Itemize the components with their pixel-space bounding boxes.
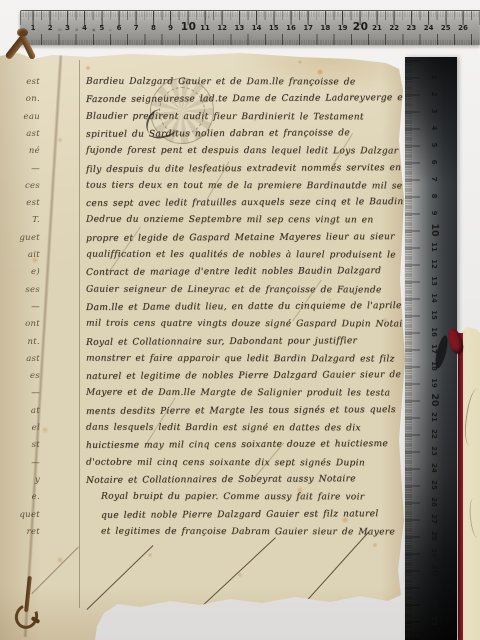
left-page-fragment: quet <box>19 507 40 524</box>
manuscript-line: huictiesme may mil cinq cens soixante do… <box>86 436 388 455</box>
twine-curl <box>11 601 42 633</box>
ruler-number: 13 <box>428 273 440 289</box>
ruler-number: 21 <box>428 409 440 425</box>
manuscript-line: spirituel du Sarditus nolien dabran et f… <box>86 125 350 144</box>
manuscript-line: Bardieu Dalzgard Gauier et de Dam.lle fr… <box>86 74 356 92</box>
manuscript-line: tous tiers deux en tout me de la premier… <box>86 177 403 195</box>
ruler-number: 10 <box>428 222 440 238</box>
left-page-fragment: e) <box>31 264 40 281</box>
ruler-number: 16 <box>284 23 298 33</box>
ruler-number: 12 <box>428 256 440 272</box>
left-page-fragment: y <box>35 472 40 489</box>
left-page-fragment: — <box>31 385 40 402</box>
manuscript-line: dans lesquels ledit Bardin est signé en … <box>86 420 361 438</box>
ruler-number: 12 <box>215 23 229 33</box>
ruler-number: 11 <box>428 239 440 255</box>
ruler-number: 20 <box>353 22 367 32</box>
ruler-number: 17 <box>301 23 315 33</box>
ruler-number: 14 <box>250 23 264 33</box>
ruler-number: 19 <box>336 23 350 33</box>
ruler-number: 26 <box>428 494 440 510</box>
manuscript-line: Dam.lle et Dame dudit lieu, en datte du … <box>86 298 402 317</box>
ruler-number: 25 <box>439 23 453 33</box>
ruler-brand-mark: ·⌇· <box>206 15 211 20</box>
left-page-fragment: e. <box>32 489 40 506</box>
cancellation-slash <box>196 537 276 611</box>
ruler-number: 16 <box>428 324 440 340</box>
ruler-number: 31 <box>428 579 440 595</box>
margin-rule <box>79 60 80 608</box>
left-page-fragment: né <box>29 143 40 160</box>
horizontal-ruler: 1234567891011121314151617181920212223242… <box>20 10 480 45</box>
photo-of-manuscript: eston.eauastné—cesestT.guetaite)ses—ontn… <box>0 0 480 640</box>
ruler-number: 9 <box>428 205 440 221</box>
ruler-number: 21 <box>370 23 384 33</box>
manuscript-line: Contract de mariage d'entre ledit nobles… <box>86 263 381 282</box>
manuscript-line: naturel et legitime de nobles Pierre Dal… <box>86 367 401 386</box>
ruler-number: 23 <box>428 443 440 459</box>
manuscript-line: et legitimes de françoise Dabram Gauier … <box>101 523 395 541</box>
left-page-fragment: ses <box>25 282 40 299</box>
ruler-number: 32 <box>428 596 440 612</box>
left-page-fragment: est <box>26 74 40 91</box>
manuscript-line: qualiffication et les qualités de nobles… <box>86 247 396 265</box>
manuscript-line: cens sept avec ledit fratuilles auxquels… <box>86 194 404 213</box>
manuscript-line: monstrer et faire apparoir que ledit Bar… <box>86 350 395 368</box>
manuscript-line: Mayere et de Dam.lle Margte de Salignier… <box>86 385 390 403</box>
ruler-number: 7 <box>129 23 143 33</box>
ruler-number: 2 <box>43 23 57 33</box>
ruler-number: 20 <box>428 392 440 408</box>
ruler-number: 24 <box>422 23 436 33</box>
vertical-ruler: 1234567891011121314151617181920212223242… <box>405 57 457 640</box>
ruler-number: 13 <box>232 23 246 33</box>
manuscript-line: Blaudier predirent audit fieur Bardinier… <box>86 108 364 126</box>
left-page-fragment: ast <box>26 126 40 143</box>
ruler-number: 24 <box>428 460 440 476</box>
left-page-fragment: — <box>31 299 40 316</box>
manuscript-line: ments desdits Pierre et Margte les tous … <box>86 402 396 421</box>
ruler-number: 4 <box>78 23 92 33</box>
left-page-fragment: eau <box>24 109 40 126</box>
ruler-number: 5 <box>428 137 440 153</box>
left-page-fragment: — <box>31 455 40 472</box>
ruler-number: 29 <box>428 545 440 561</box>
ruler-number: 2 <box>428 86 440 102</box>
left-page-fragment: ret <box>27 524 40 541</box>
ruler-number: 5 <box>95 23 109 33</box>
binding-twine-bottom <box>14 576 44 640</box>
manuscript-line: Royal bruipt du papier. Comme aussy fait… <box>101 489 365 507</box>
left-page-fragment: nt. <box>28 334 41 351</box>
manuscript-line: Dedrue du onzieme Septembre mil sep cens… <box>86 212 374 230</box>
ruler-number: 8 <box>428 188 440 204</box>
left-page-fragment: est <box>26 195 40 212</box>
ruler-number: 23 <box>404 23 418 33</box>
manuscript-line: mil trois cens quatre vingts douze signé… <box>86 316 413 334</box>
ruler-number: 6 <box>428 154 440 170</box>
ruler-number: 26 <box>456 23 470 33</box>
manuscript-line: fily despuis du dite lesfeatious extrade… <box>86 160 401 179</box>
binding-twine-top <box>6 26 44 68</box>
ruler-number: 22 <box>387 23 401 33</box>
left-page-fragment: guet <box>19 230 40 247</box>
twine-strand <box>20 35 36 60</box>
left-page-fragment: at <box>31 403 40 420</box>
manuscript-line: Gauier seigneur de Lineyrac et de franço… <box>86 281 382 299</box>
ruler-number: 33 <box>428 613 440 629</box>
manuscript-page: eston.eauastné—cesestT.guetaite)ses—ontn… <box>0 50 410 640</box>
left-page-fragment: — <box>31 161 40 178</box>
manuscript-line: fujonde forest pent et despuis dans lequ… <box>86 143 398 161</box>
red-binding-ribbon <box>458 333 463 640</box>
left-page-fragment: es <box>30 368 40 385</box>
manuscript-line: Royal et Collationnaire sur, Dabondant p… <box>86 333 357 352</box>
ruler-number: 10 <box>181 22 195 32</box>
ruler-number: 6 <box>112 23 126 33</box>
cancellation-slash <box>87 545 154 610</box>
cancellation-slash <box>299 532 369 610</box>
ruler-number: 15 <box>267 23 281 33</box>
left-page-fragment: el <box>32 420 40 437</box>
ruler-number: 22 <box>428 426 440 442</box>
ruler-number: 3 <box>428 103 440 119</box>
ruler-number: 4 <box>428 120 440 136</box>
ruler-number: 30 <box>428 562 440 578</box>
ruler-number: 3 <box>60 23 74 33</box>
ruler-number: 28 <box>428 528 440 544</box>
manuscript-line: que ledit noble Pierre Dalzgard Gauier e… <box>101 506 379 525</box>
manuscript-line: Fazonde seigneuresse lad.te Dame de Cazi… <box>86 90 407 109</box>
manuscript-line: d'octobre mil cinq cens soixante dix sep… <box>86 454 365 472</box>
left-page-fragment: st <box>32 437 40 454</box>
ruler-number: 7 <box>428 171 440 187</box>
ruler-number: 15 <box>428 307 440 323</box>
manuscript-line: Notaire et Collationnaires de Sobeyrat a… <box>86 471 356 490</box>
ruler-number: 19 <box>428 375 440 391</box>
ruler-number: 18 <box>318 23 332 33</box>
ruler-number: 27 <box>428 511 440 527</box>
left-page-fragment: ces <box>25 178 40 195</box>
ruler-number: 25 <box>428 477 440 493</box>
left-page-fragment: on. <box>26 91 40 108</box>
ruler-number: 9 <box>164 23 178 33</box>
twine-knot <box>17 28 28 37</box>
ruler-number: 1 <box>428 69 440 85</box>
ruler-number: 14 <box>428 290 440 306</box>
ruler-number: 8 <box>146 23 160 33</box>
ruler-number: 11 <box>198 23 212 33</box>
left-page-fragment: T. <box>32 212 40 229</box>
left-page-fragment: ast <box>26 351 40 368</box>
left-page-fragment: ont <box>25 316 40 333</box>
left-page-fragment: ait <box>28 247 40 264</box>
